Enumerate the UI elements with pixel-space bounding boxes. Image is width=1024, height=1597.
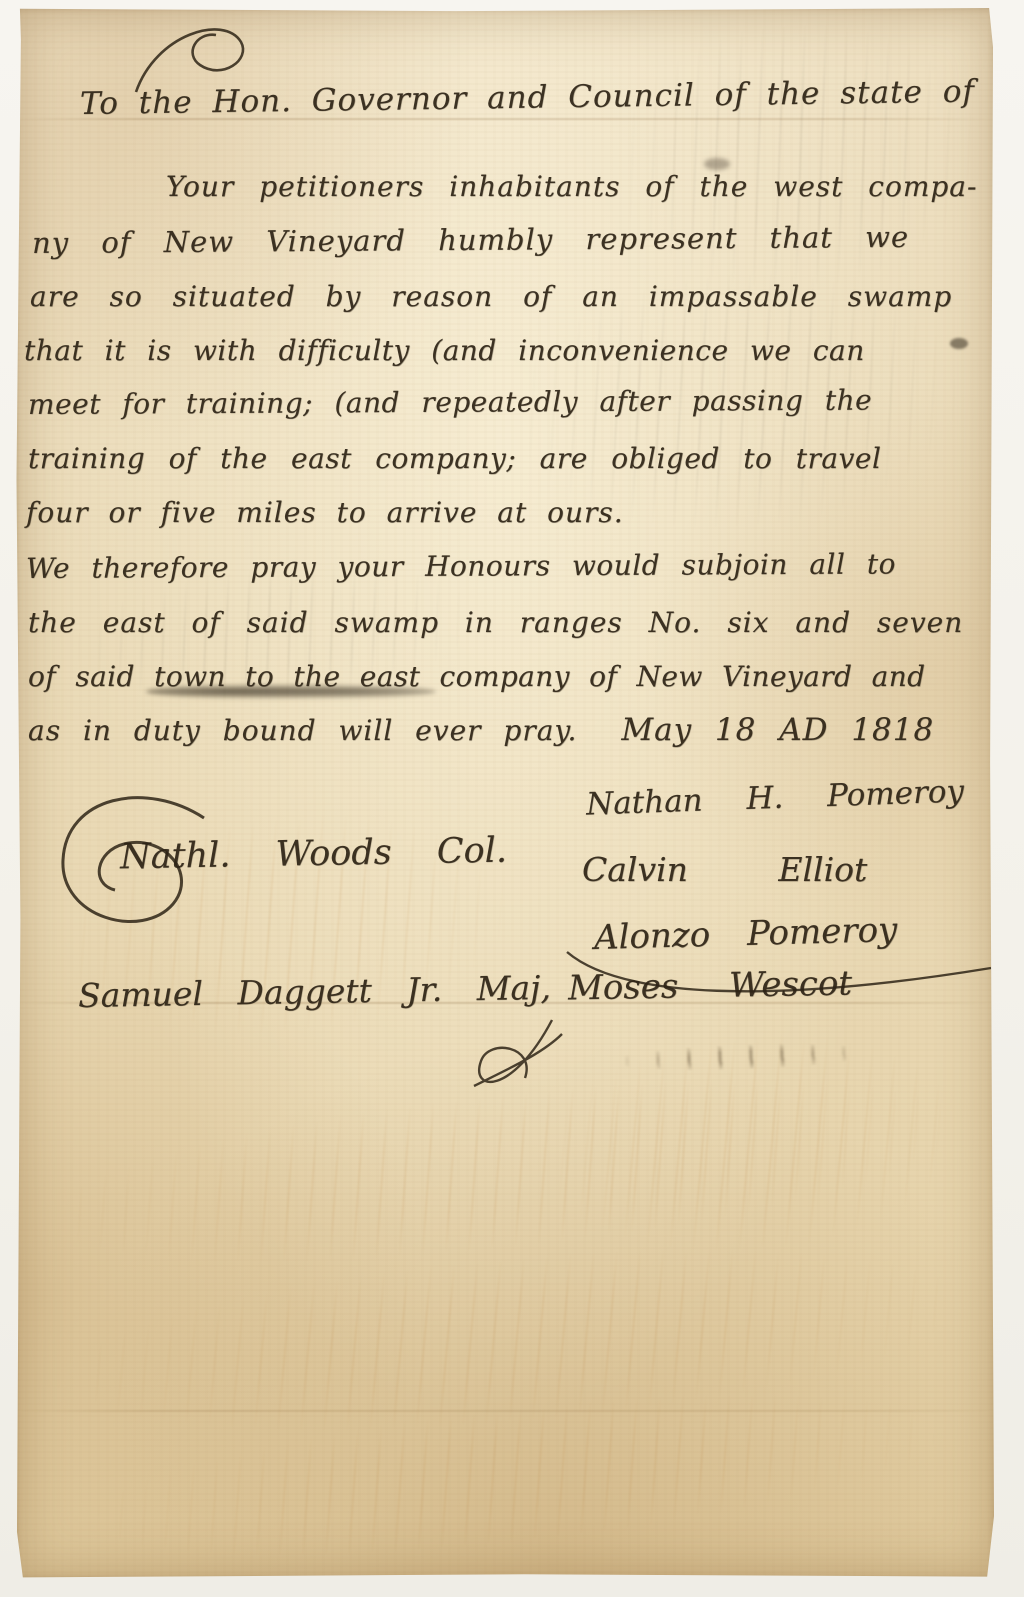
scan-background: To the Hon. Governor and Council of the … bbox=[0, 0, 1024, 1597]
ink-blot bbox=[950, 338, 968, 349]
bleedthrough-writing bbox=[51, 1049, 962, 1292]
pen-flourish-icon bbox=[456, 1016, 568, 1096]
signature-alonzo-pomeroy: Alonzo Pomeroy bbox=[594, 910, 898, 958]
manuscript-line: as in duty bound will ever pray. May 18 … bbox=[28, 712, 934, 748]
ink-blot bbox=[704, 158, 730, 170]
signature-moses-wescot: Moses Wescot bbox=[568, 964, 853, 1009]
manuscript-line: training of the east company; are oblige… bbox=[28, 442, 881, 475]
signature-nathan-h-pomeroy: Nathan H. Pomeroy bbox=[585, 773, 964, 822]
faded-signature bbox=[612, 1039, 875, 1074]
bleedthrough-writing bbox=[538, 1021, 965, 1266]
manuscript-line: the east of said swamp in ranges No. six… bbox=[28, 606, 963, 639]
manuscript-line: We therefore pray your Honours would sub… bbox=[26, 547, 896, 585]
manuscript-line: meet for training; (and repeatedly after… bbox=[28, 384, 872, 421]
signature-nathl-woods: Nathl. Woods Col. bbox=[120, 831, 508, 878]
signature-calvin-elliot: Calvin Elliot bbox=[582, 850, 867, 889]
manuscript-line: four or five miles to arrive at ours. bbox=[26, 496, 624, 529]
manuscript-line: of said town to the east company of New … bbox=[28, 660, 926, 693]
manuscript-page: To the Hon. Governor and Council of the … bbox=[16, 8, 994, 1579]
bleedthrough-writing bbox=[71, 1222, 962, 1458]
bleedthrough-writing bbox=[92, 1366, 941, 1583]
manuscript-line: ny of New Vineyard humbly represent that… bbox=[32, 220, 909, 260]
manuscript-line: are so situated by reason of an impassab… bbox=[30, 280, 952, 313]
manuscript-line: that it is with difficulty (and inconven… bbox=[24, 334, 865, 367]
bleedthrough-writing bbox=[605, 11, 986, 301]
fold-crease bbox=[16, 1410, 994, 1412]
date-text: May 18 AD 1818 bbox=[621, 712, 934, 748]
signature-samuel-daggett: Samuel Daggett Jr. Maj, bbox=[78, 968, 551, 1015]
closing-text: as in duty bound will ever pray. bbox=[28, 714, 577, 747]
manuscript-line: Your petitioners inhabitants of the west… bbox=[166, 170, 977, 203]
salutation-line: To the Hon. Governor and Council of the … bbox=[80, 72, 1024, 122]
